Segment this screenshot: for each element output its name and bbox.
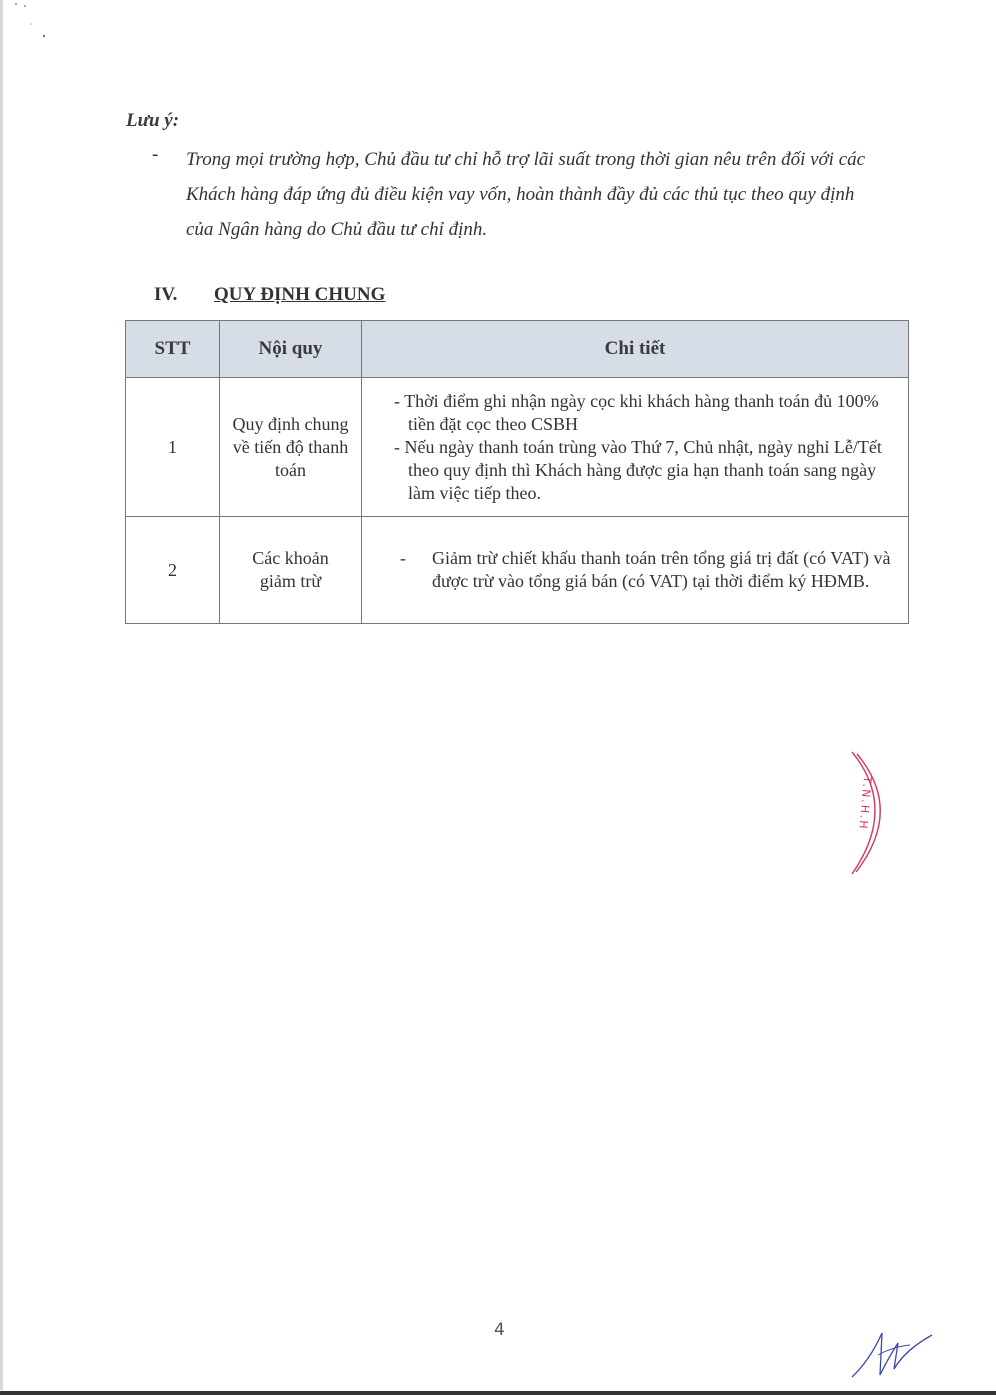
cell-details: -Giảm trừ chiết khấu thanh toán trên tổn… [362,517,909,624]
detail-text: Giảm trừ chiết khấu thanh toán trên tổng… [432,548,890,591]
detail-bullet: - [400,547,432,570]
detail-item: - Thời điểm ghi nhận ngày cọc khi khách … [394,390,892,436]
signature-icon [850,1325,940,1380]
table-header-row: STT Nội quy Chi tiết [126,321,909,378]
section-title: QUY ĐỊNH CHUNG [214,284,385,305]
company-stamp-icon: T.N.H.H [838,748,898,878]
note-bullet: - [152,144,158,166]
header-rule: Nội quy [220,321,362,378]
section-number: IV. [154,284,214,306]
stamp-text: T.N.H.H [856,775,874,831]
page-number: 4 [494,1320,505,1340]
cell-rule: Các khoản giảm trừ [220,517,362,624]
header-stt: STT [126,321,220,378]
scan-left-edge [0,0,3,1390]
detail-item: -Giảm trừ chiết khấu thanh toán trên tổn… [400,547,892,593]
cell-stt: 2 [126,517,220,624]
scan-bottom-edge [0,1391,996,1395]
cell-rule: Quy định chung về tiến độ thanh toán [220,378,362,517]
section-heading: IV.QUY ĐỊNH CHUNG [154,284,385,306]
table-row: 1 Quy định chung về tiến độ thanh toán -… [126,378,909,517]
cell-stt: 1 [126,378,220,517]
note-text: Trong mọi trường hợp, Chủ đầu tư chỉ hỗ … [186,142,886,247]
cell-details: - Thời điểm ghi nhận ngày cọc khi khách … [362,378,909,517]
detail-item: - Nếu ngày thanh toán trùng vào Thứ 7, C… [394,436,892,505]
scan-specks [14,2,54,42]
header-details: Chi tiết [362,321,909,378]
note-title: Lưu ý: [126,110,179,132]
rules-table: STT Nội quy Chi tiết 1 Quy định chung về… [125,320,909,624]
table-row: 2 Các khoản giảm trừ -Giảm trừ chiết khấ… [126,517,909,624]
